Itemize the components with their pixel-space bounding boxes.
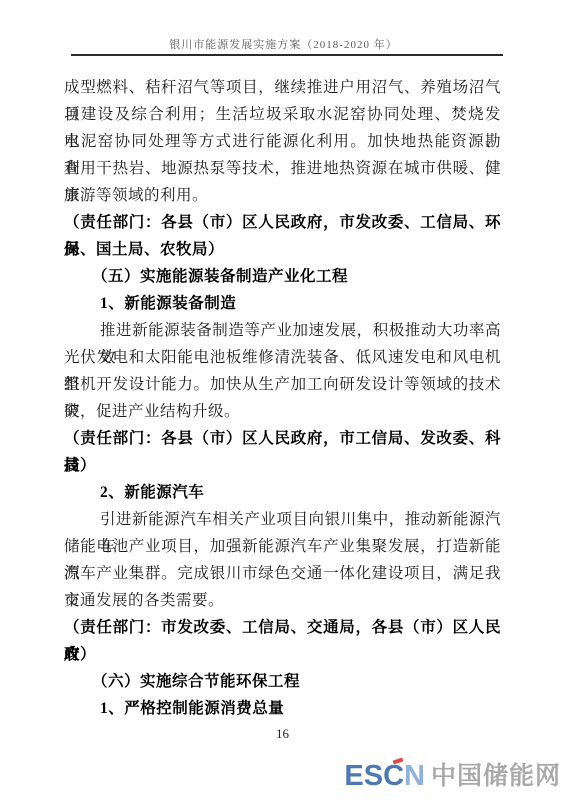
text-line-bold: 2、新能源汽车	[64, 479, 501, 506]
text-line-bold: 1、严格控制能源消费总量	[64, 695, 501, 722]
text-line-bold: 府）	[64, 641, 501, 668]
text-line-body: 旅游等领域的利用。	[64, 182, 501, 209]
text-line-bold: （六）实施综合节能环保工程	[64, 668, 501, 695]
text-line-body: 水泥窑协同处理等方式进行能源化利用。加快地热能资源勘查，	[64, 128, 501, 155]
text-line-body: 汽车产业集群。完成银川市绿色交通一体化建设项目，满足我市	[64, 560, 501, 587]
text-line-body: 光伏发电和太阳能电池板维修清洗装备、低风速发电和风电机组	[64, 344, 501, 371]
text-line-bold: 局）	[64, 452, 501, 479]
logo-letter-e: E	[344, 762, 363, 791]
text-line-body: 目建设及综合利用；生活垃圾采取水泥窑协同处理、焚烧发电、	[64, 101, 501, 128]
escn-watermark-logo: E S C N 中国储能网	[344, 761, 561, 791]
text-line-body: 破，促进产业结构升级。	[64, 398, 501, 425]
page-number: 16	[64, 726, 501, 742]
logo-site-name: 中国储能网	[431, 761, 561, 791]
escn-logo-letters: E S C N	[344, 762, 425, 791]
logo-letter-c: C	[383, 762, 404, 791]
page-header: 银川市能源发展实施方案（2018-2020 年）	[64, 36, 503, 52]
text-line-bold: 1、新能源装备制造	[64, 290, 501, 317]
logo-letter-n: N	[404, 762, 425, 791]
text-line-bold: （五）实施能源装备制造产业化工程	[64, 263, 501, 290]
text-line-body: 储能电池产业项目，加强新能源汽车产业集聚发展，打造新能源	[64, 533, 501, 560]
text-line-body: 推进新能源装备制造等产业加速发展，积极推动大功率高效	[64, 317, 501, 344]
document-page: 银川市能源发展实施方案（2018-2020 年） 成型燃料、秸秆沼气等项目，继续…	[0, 0, 565, 800]
logo-letter-s: S	[364, 762, 383, 791]
text-line-bold: （责任部门：市发改委、工信局、交通局，各县（市）区人民政	[64, 614, 501, 641]
text-line-body: 引进新能源汽车相关产业项目向银川集中，推动新能源汽车	[64, 506, 501, 533]
header-divider-line	[71, 54, 503, 56]
document-header-title: 银川市能源发展实施方案（2018-2020 年）	[64, 36, 503, 52]
text-line-body: 利用干热岩、地源热泵等技术，推进地热资源在城市供暖、健康	[64, 155, 501, 182]
document-lines: 成型燃料、秸秆沼气等项目，继续推进户用沼气、养殖场沼气项目建设及综合利用；生活垃…	[64, 74, 501, 722]
text-line-body: 整机开发设计能力。加快从生产加工向研发设计等领域的技术突	[64, 371, 501, 398]
text-line-body: 交通发展的各类需要。	[64, 587, 501, 614]
text-line-bold: （责任部门：各县（市）区人民政府，市发改委、工信局、环保	[64, 209, 501, 236]
text-line-bold: （责任部门：各县（市）区人民政府，市工信局、发改委、科技	[64, 425, 501, 452]
text-line-body: 成型燃料、秸秆沼气等项目，继续推进户用沼气、养殖场沼气项	[64, 74, 501, 101]
text-line-bold: 局、国土局、农牧局）	[64, 236, 501, 263]
